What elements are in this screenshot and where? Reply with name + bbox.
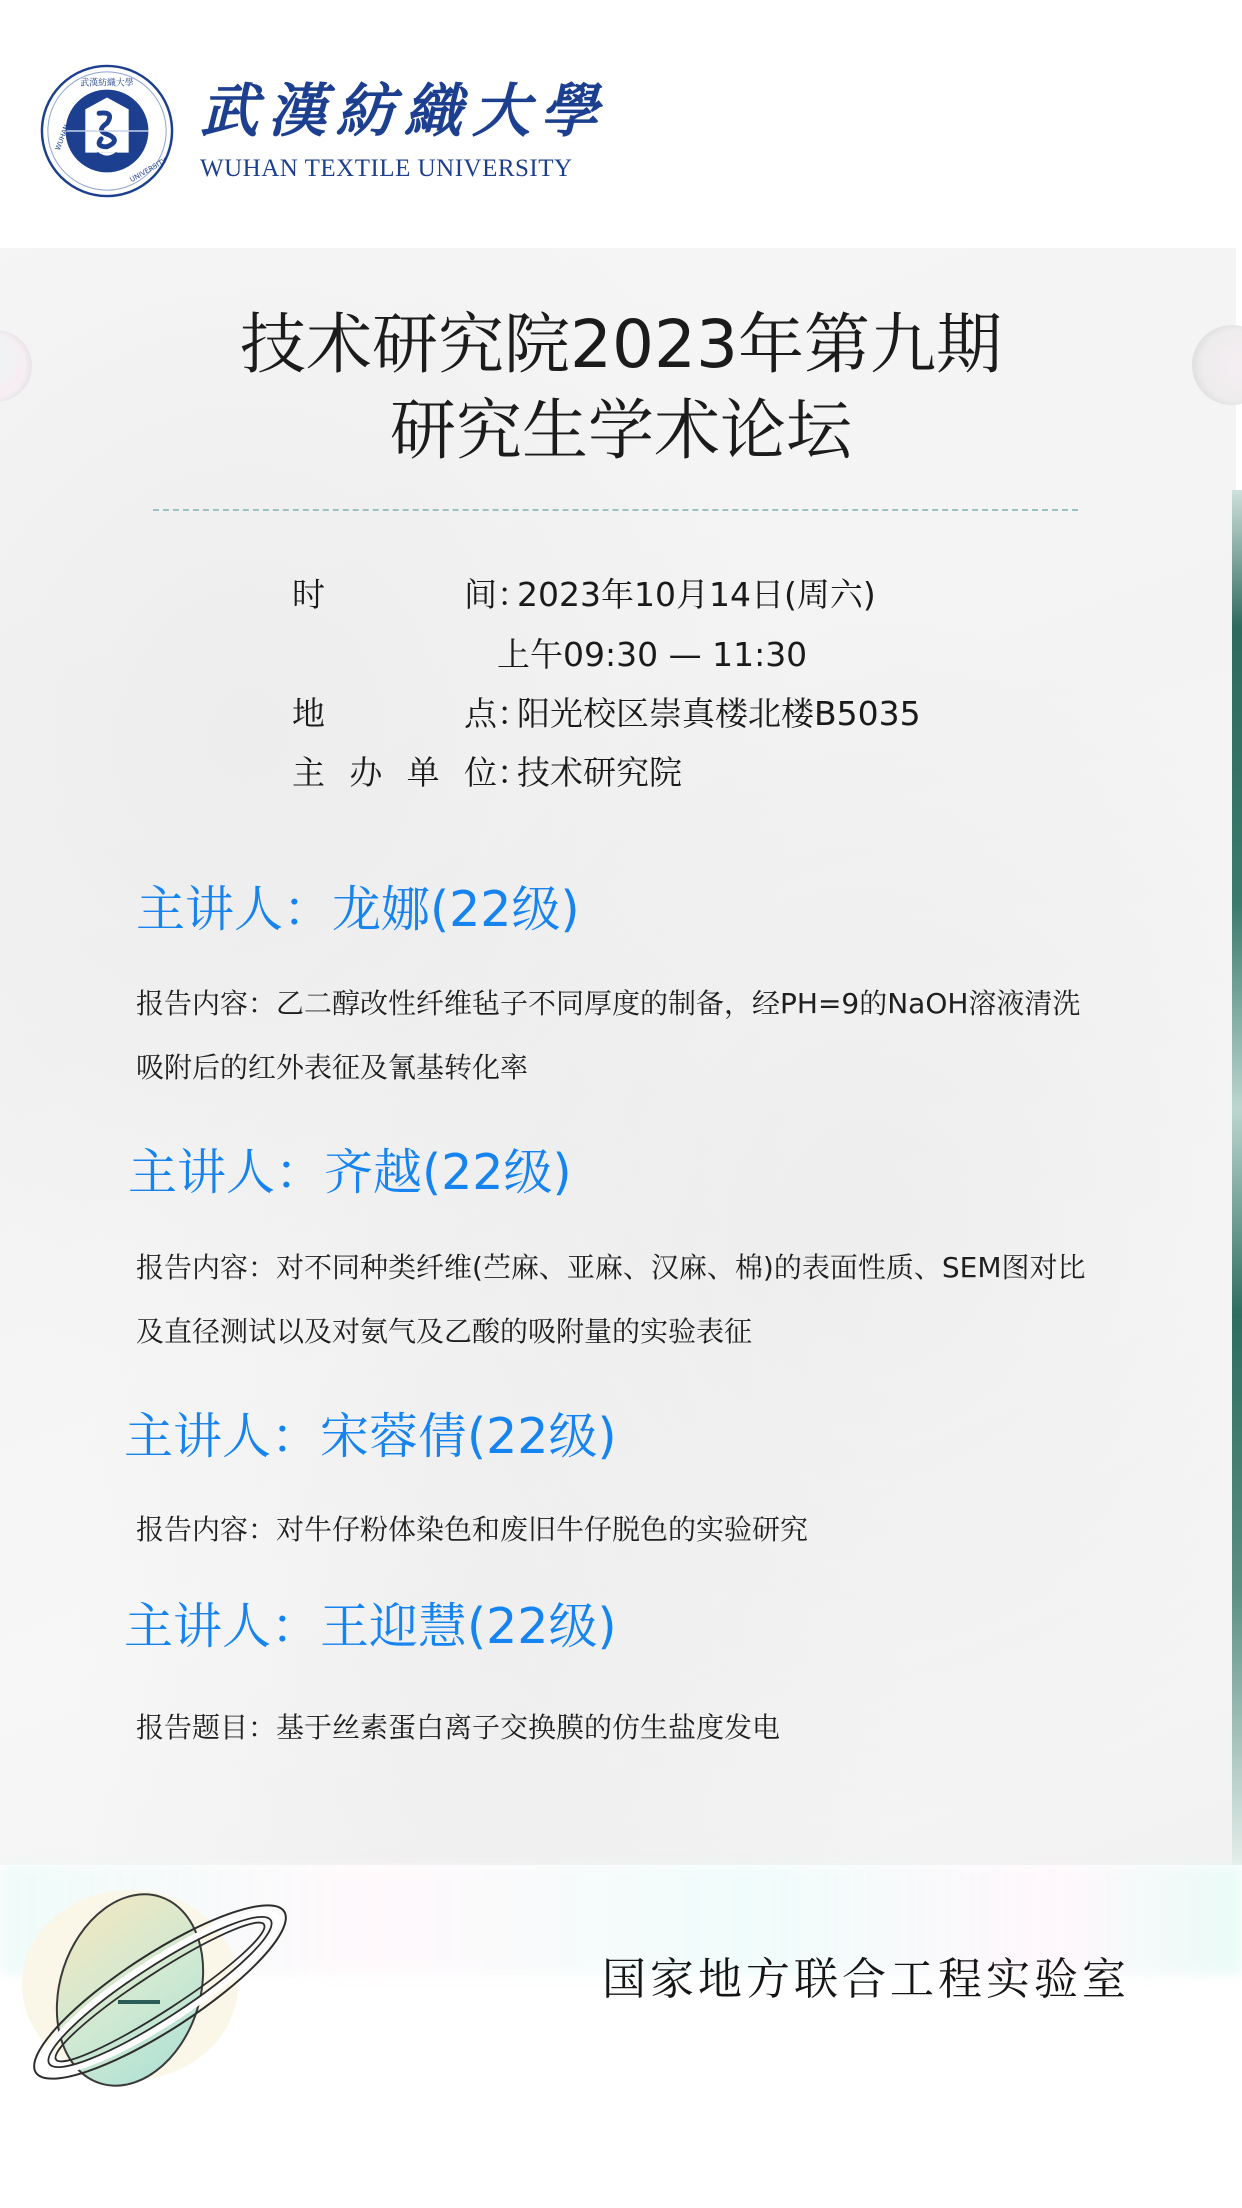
label-char: 时 — [292, 578, 325, 611]
planet-icon — [10, 1880, 310, 2090]
label-colon: ： — [497, 697, 517, 730]
speaker-4-desc-line1: 报告题目：基于丝素蛋白离子交换膜的仿生盐度发电 — [136, 1714, 780, 1742]
university-name-chinese: 武漢紡織大學 — [200, 82, 608, 140]
info-place-label: 地 点 — [292, 697, 497, 730]
info-host-value: 技术研究院 — [517, 756, 682, 789]
university-seal-icon: 武漢紡織大學 WUHAN UNIVERSITY — [38, 62, 176, 200]
speaker-heading-1: 主讲人：龙娜(22级) — [136, 885, 580, 934]
label-char: 单 — [407, 756, 440, 789]
speaker-2-desc-line1: 报告内容：对不同种类纤维(苎麻、亚麻、汉麻、棉)的表面性质、SEM图对比 — [136, 1254, 1085, 1282]
label-colon: ： — [497, 578, 517, 611]
info-time-date: 2023年10月14日(周六) — [517, 578, 876, 611]
speaker-3-desc-line1: 报告内容：对牛仔粉体染色和废旧牛仔脱色的实验研究 — [136, 1516, 808, 1544]
info-host-label: 主 办 单 位 — [292, 756, 497, 789]
speaker-1-desc-line1: 报告内容：乙二醇改性纤维毡子不同厚度的制备，经PH=9的NaOH溶液清洗 — [136, 990, 1080, 1018]
label-char: 地 — [292, 697, 325, 730]
speaker-heading-3: 主讲人：宋蓉倩(22级) — [124, 1412, 617, 1461]
university-name-english: WUHAN TEXTILE UNIVERSITY — [200, 156, 573, 181]
svg-text:武漢紡織大學: 武漢紡織大學 — [80, 77, 133, 89]
info-time-range: 上午09:30 — 11:30 — [497, 638, 807, 671]
label-colon: ： — [497, 756, 517, 789]
page-title-line1: 技术研究院2023年第九期 — [0, 312, 1242, 378]
info-time-label: 时 间 — [292, 578, 497, 611]
label-char: 间 — [464, 578, 497, 611]
university-header: 武漢紡織大學 WUHAN UNIVERSITY 武漢紡織大學 WUHAN TEX… — [0, 0, 1242, 248]
page-title-line2: 研究生学术论坛 — [0, 398, 1242, 464]
label-char: 位 — [464, 756, 497, 789]
label-char: 办 — [349, 756, 382, 789]
speaker-heading-4: 主讲人：王迎慧(22级) — [124, 1602, 617, 1651]
speaker-1-desc-line2: 吸附后的红外表征及氰基转化率 — [136, 1054, 528, 1082]
poster-edge-accent — [1232, 490, 1242, 1865]
speaker-heading-2: 主讲人：齐越(22级) — [128, 1148, 572, 1197]
info-place-row: 地 点 ： 阳光校区崇真楼北楼B5035 — [292, 697, 921, 730]
info-time-range-row: 上午09:30 — 11:30 — [497, 638, 807, 671]
dashed-divider — [153, 509, 1078, 511]
lab-name: 国家地方联合工程实验室 — [602, 1958, 1130, 2002]
speaker-2-desc-line2: 及直径测试以及对氨气及乙酸的吸附量的实验表征 — [136, 1318, 752, 1346]
label-char: 主 — [292, 756, 325, 789]
info-host-row: 主 办 单 位 ： 技术研究院 — [292, 756, 682, 789]
info-time-row: 时 间 ： 2023年10月14日(周六) — [292, 578, 876, 611]
label-char: 点 — [464, 697, 497, 730]
info-place-value: 阳光校区崇真楼北楼B5035 — [517, 697, 921, 730]
